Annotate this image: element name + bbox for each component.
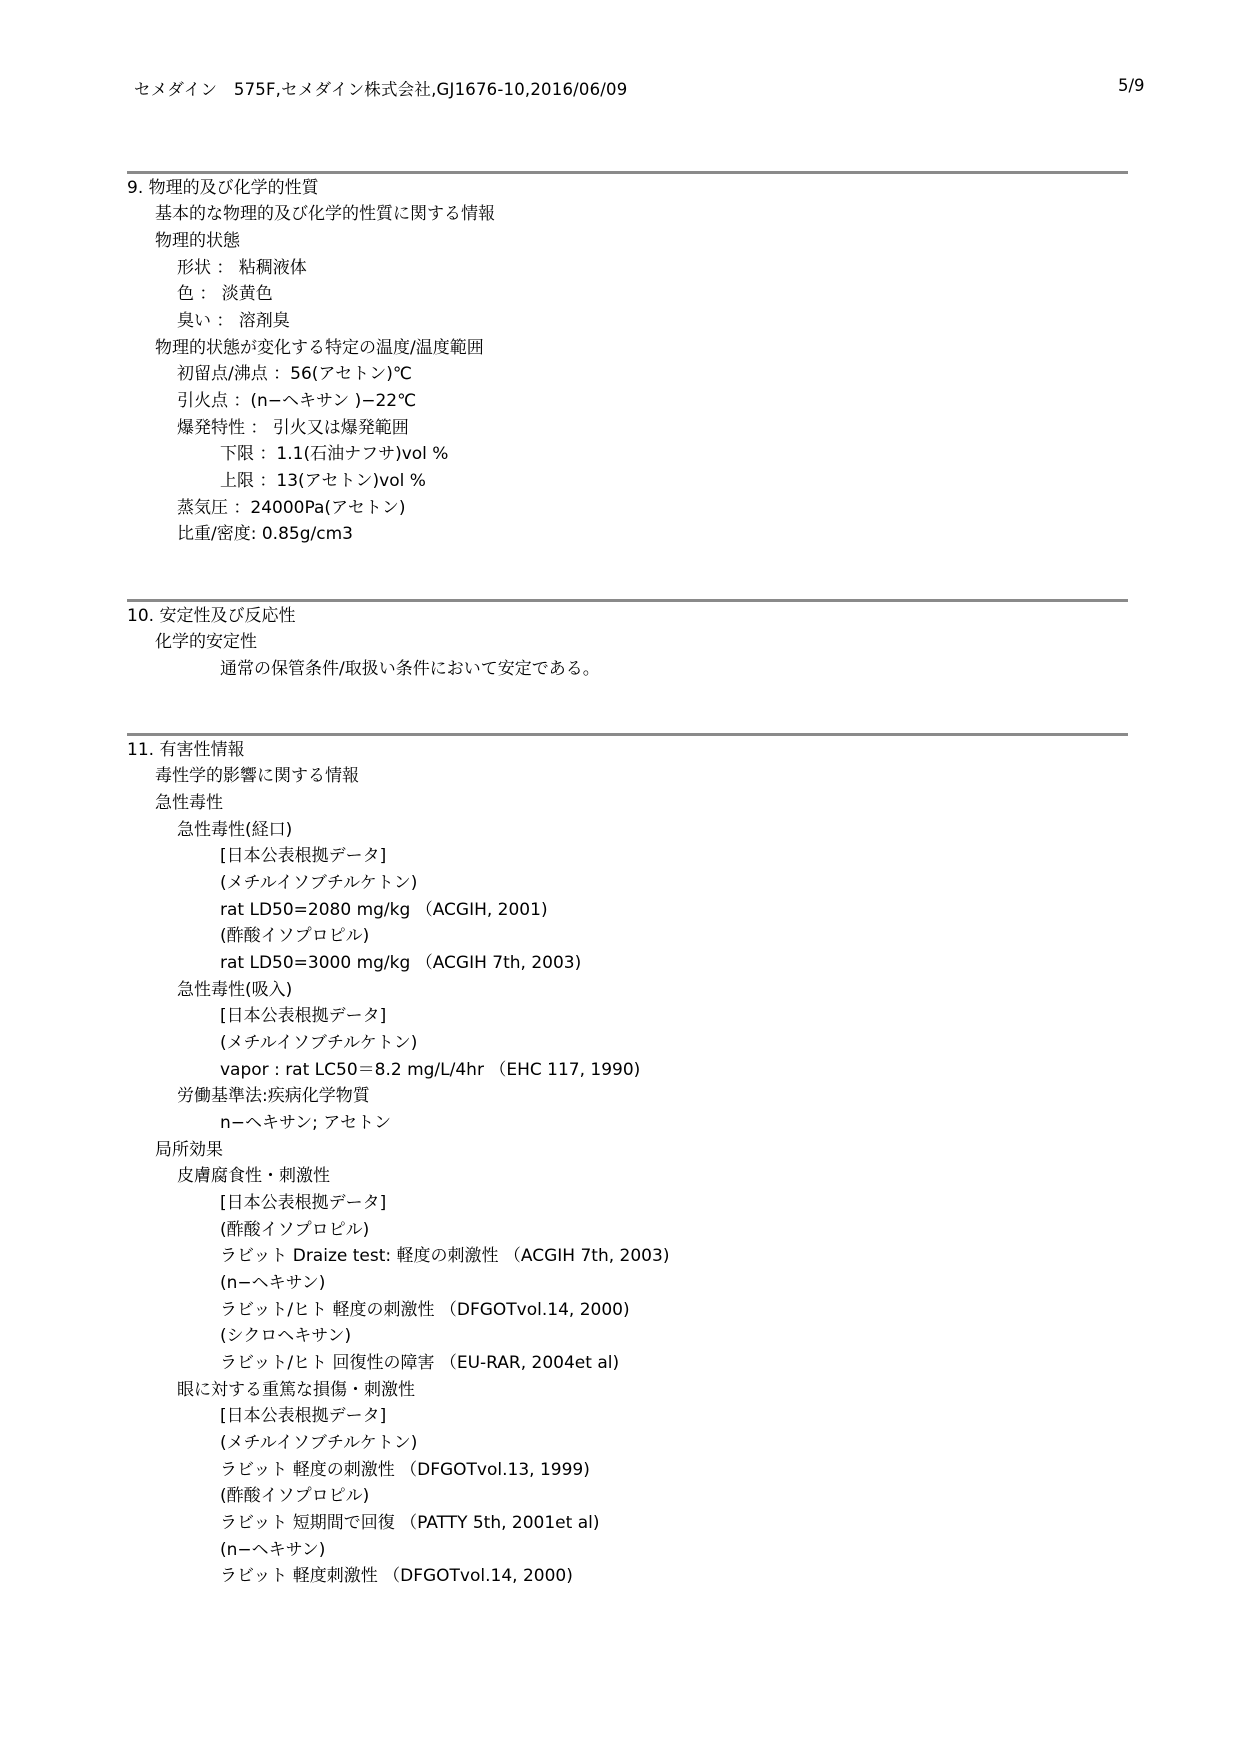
section-divider [127, 733, 1128, 736]
text-line: 物理的状態が変化する特定の温度/温度範囲 [155, 338, 484, 358]
text-line: (酢酸イソプロピル) [220, 1220, 369, 1240]
text-line: 形状 ： 粘稠液体 [177, 258, 307, 278]
text-line: 臭い ： 溶剤臭 [177, 311, 290, 331]
text-line: 皮膚腐食性・刺激性 [177, 1166, 330, 1186]
section-divider [127, 171, 1128, 174]
section-heading-9: 9. 物理的及び化学的性質 [127, 178, 319, 198]
text-line: 上限 ：13(アセトン)vol % [220, 471, 426, 491]
text-line: 毒性学的影響に関する情報 [155, 766, 359, 786]
text-line: 急性毒性(吸入) [177, 980, 292, 1000]
text-line: ラビット/ヒト 軽度の刺激性 （DFGOTvol.14, 2000) [220, 1300, 630, 1320]
text-line: (n−ヘキサン) [220, 1273, 325, 1293]
text-line: n−ヘキサン; アセトン [220, 1113, 391, 1133]
text-line: ラビット 軽度の刺激性 （DFGOTvol.13, 1999) [220, 1460, 590, 1480]
text-line: ラビット/ヒト 回復性の障害 （EU-RAR, 2004et al) [220, 1353, 619, 1373]
text-line: ラビット Draize test: 軽度の刺激性 （ACGIH 7th, 200… [220, 1246, 669, 1266]
text-line: (メチルイソブチルケトン) [220, 873, 417, 893]
text-line: rat LD50=3000 mg/kg （ACGIH 7th, 2003) [220, 953, 581, 973]
text-line: [日本公表根拠データ] [220, 1193, 386, 1213]
text-line: 通常の保管条件/取扱い条件において安定である。 [220, 659, 600, 679]
text-line: [日本公表根拠データ] [220, 846, 386, 866]
text-line: 初留点/沸点 ：56(アセトン)℃ [177, 364, 412, 384]
text-line: (酢酸イソプロピル) [220, 1486, 369, 1506]
section-heading-10: 10. 安定性及び反応性 [127, 606, 295, 626]
text-line: 労働基準法:疾病化学物質 [177, 1086, 370, 1106]
text-line: ラビット 短期間で回復 （PATTY 5th, 2001et al) [220, 1513, 600, 1533]
text-line: [日本公表根拠データ] [220, 1006, 386, 1026]
text-line: 比重/密度: 0.85g/cm3 [177, 524, 353, 544]
text-line: (酢酸イソプロピル) [220, 926, 369, 946]
page-header-title: セメダイン 575F,セメダイン株式会社,GJ1676-10,2016/06/0… [134, 76, 627, 100]
text-line: 色 ： 淡黄色 [177, 284, 273, 304]
text-line: (メチルイソブチルケトン) [220, 1433, 417, 1453]
text-line: vapor : rat LC50＝8.2 mg/L/4hr （EHC 117, … [220, 1060, 640, 1080]
text-line: 急性毒性(経口) [177, 820, 292, 840]
text-line: 蒸気圧 ：24000Pa(アセトン) [177, 498, 405, 518]
text-line: (シクロヘキサン) [220, 1326, 351, 1346]
text-line: rat LD50=2080 mg/kg （ACGIH, 2001) [220, 900, 548, 920]
text-line: 下限 ：1.1(石油ナフサ)vol % [220, 444, 448, 464]
text-line: 局所効果 [155, 1140, 223, 1160]
text-line: 爆発特性 ： 引火又は爆発範囲 [177, 418, 409, 438]
text-line: ラビット 軽度刺激性 （DFGOTvol.14, 2000) [220, 1566, 573, 1586]
text-line: [日本公表根拠データ] [220, 1406, 386, 1426]
text-line: 基本的な物理的及び化学的性質に関する情報 [155, 204, 495, 224]
page-number: 5/9 [1118, 76, 1145, 95]
section-divider [127, 599, 1128, 602]
text-line: 眼に対する重篤な損傷・刺激性 [177, 1380, 415, 1400]
text-line: 引火点 ：(n−ヘキサン )−22℃ [177, 391, 416, 411]
section-heading-11: 11. 有害性情報 [127, 740, 244, 760]
text-line: (n−ヘキサン) [220, 1540, 325, 1560]
text-line: 物理的状態 [155, 231, 240, 251]
text-line: 化学的安定性 [155, 632, 257, 652]
text-line: 急性毒性 [155, 793, 223, 813]
text-line: (メチルイソブチルケトン) [220, 1033, 417, 1053]
